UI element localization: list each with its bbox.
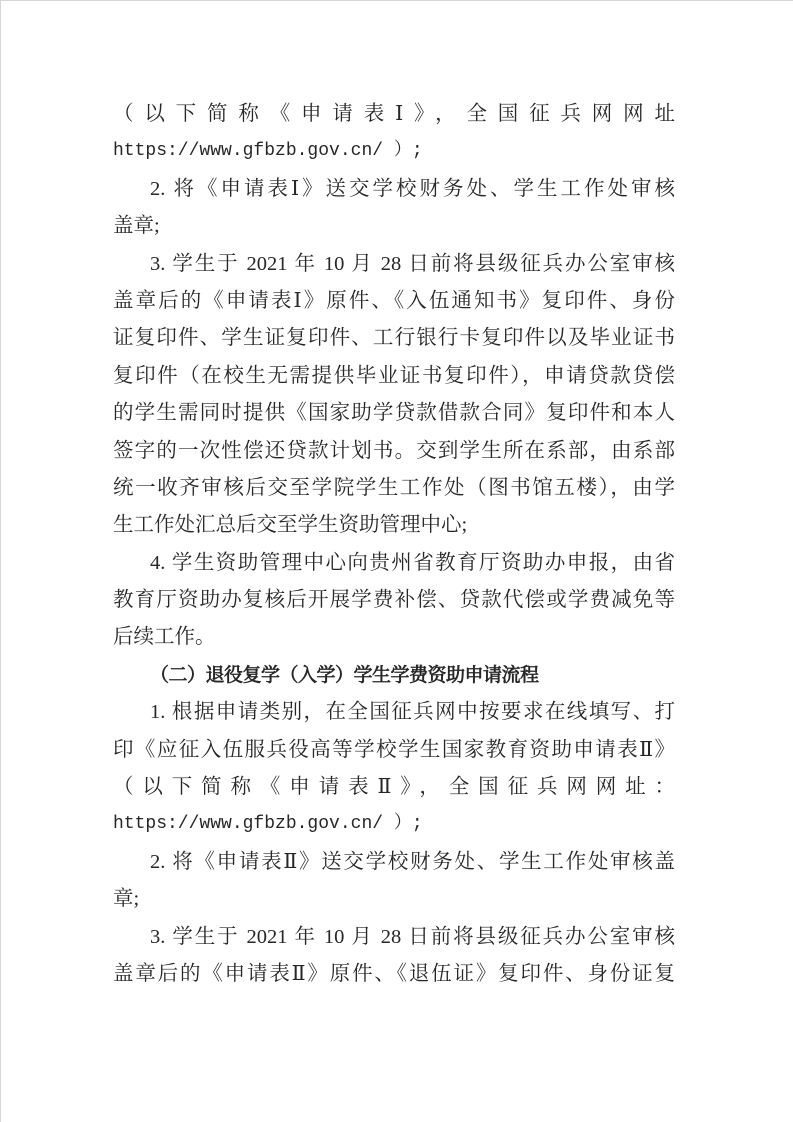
doc-line: 的学生需同时提供《国家助学贷款借款合同》复印件和本人 <box>113 395 675 432</box>
url-line: https://www.gfbzb.gov.cn/ ）; <box>113 133 675 170</box>
doc-line: 统一收齐审核后交至学院学生工作处（图书馆五楼），由学 <box>113 470 675 507</box>
doc-line: （以下简称《申请表Ⅰ》，全国征兵网网址 <box>113 96 675 133</box>
doc-line: 盖章后的《申请表Ⅰ》原件、《入伍通知书》复印件、身份 <box>113 283 675 320</box>
document-page: （以下简称《申请表Ⅰ》，全国征兵网网址 https://www.gfbzb.go… <box>0 0 793 1122</box>
doc-line: （以下简称《申请表Ⅱ》，全国征兵网网址： <box>113 769 675 806</box>
document-text-block: （以下简称《申请表Ⅰ》，全国征兵网网址 https://www.gfbzb.go… <box>113 96 675 993</box>
doc-line: 章; <box>113 881 675 918</box>
list-item-1-line: 1. 根据申请类别，在全国征兵网中按要求在线填写、打 <box>113 694 675 731</box>
doc-line: 后续工作。 <box>113 619 675 656</box>
doc-line: 复印件（在校生无需提供毕业证书复印件），申请贷款贷偿 <box>113 358 675 395</box>
list-item-2-line: 2. 将《申请表Ⅱ》送交学校财务处、学生工作处审核盖 <box>113 844 675 881</box>
list-item-3-line: 3. 学生于 2021 年 10 月 28 日前将县级征兵办公室审核 <box>113 919 675 956</box>
list-item-2-line: 2. 将《申请表Ⅰ》送交学校财务处、学生工作处审核 <box>113 171 675 208</box>
list-item-3-line: 3. 学生于 2021 年 10 月 28 日前将县级征兵办公室审核 <box>113 246 675 283</box>
url-line: https://www.gfbzb.gov.cn/ ）; <box>113 806 675 843</box>
doc-line: 印《应征入伍服兵役高等学校学生国家教育资助申请表Ⅱ》 <box>113 732 675 769</box>
doc-line: 证复印件、学生证复印件、工行银行卡复印件以及毕业证书 <box>113 320 675 357</box>
doc-line: 生工作处汇总后交至学生资助管理中心; <box>113 507 675 544</box>
section-heading: （二）退役复学（入学）学生学费资助申请流程 <box>113 657 675 694</box>
doc-line: 教育厅资助办复核后开展学费补偿、贷款代偿或学费减免等 <box>113 582 675 619</box>
doc-line: 盖章; <box>113 208 675 245</box>
doc-line: 签字的一次性偿还贷款计划书。交到学生所在系部，由系部 <box>113 433 675 470</box>
list-item-4-line: 4. 学生资助管理中心向贵州省教育厅资助办申报，由省 <box>113 545 675 582</box>
doc-line: 盖章后的《申请表Ⅱ》原件、《退伍证》复印件、身份证复 <box>113 956 675 993</box>
